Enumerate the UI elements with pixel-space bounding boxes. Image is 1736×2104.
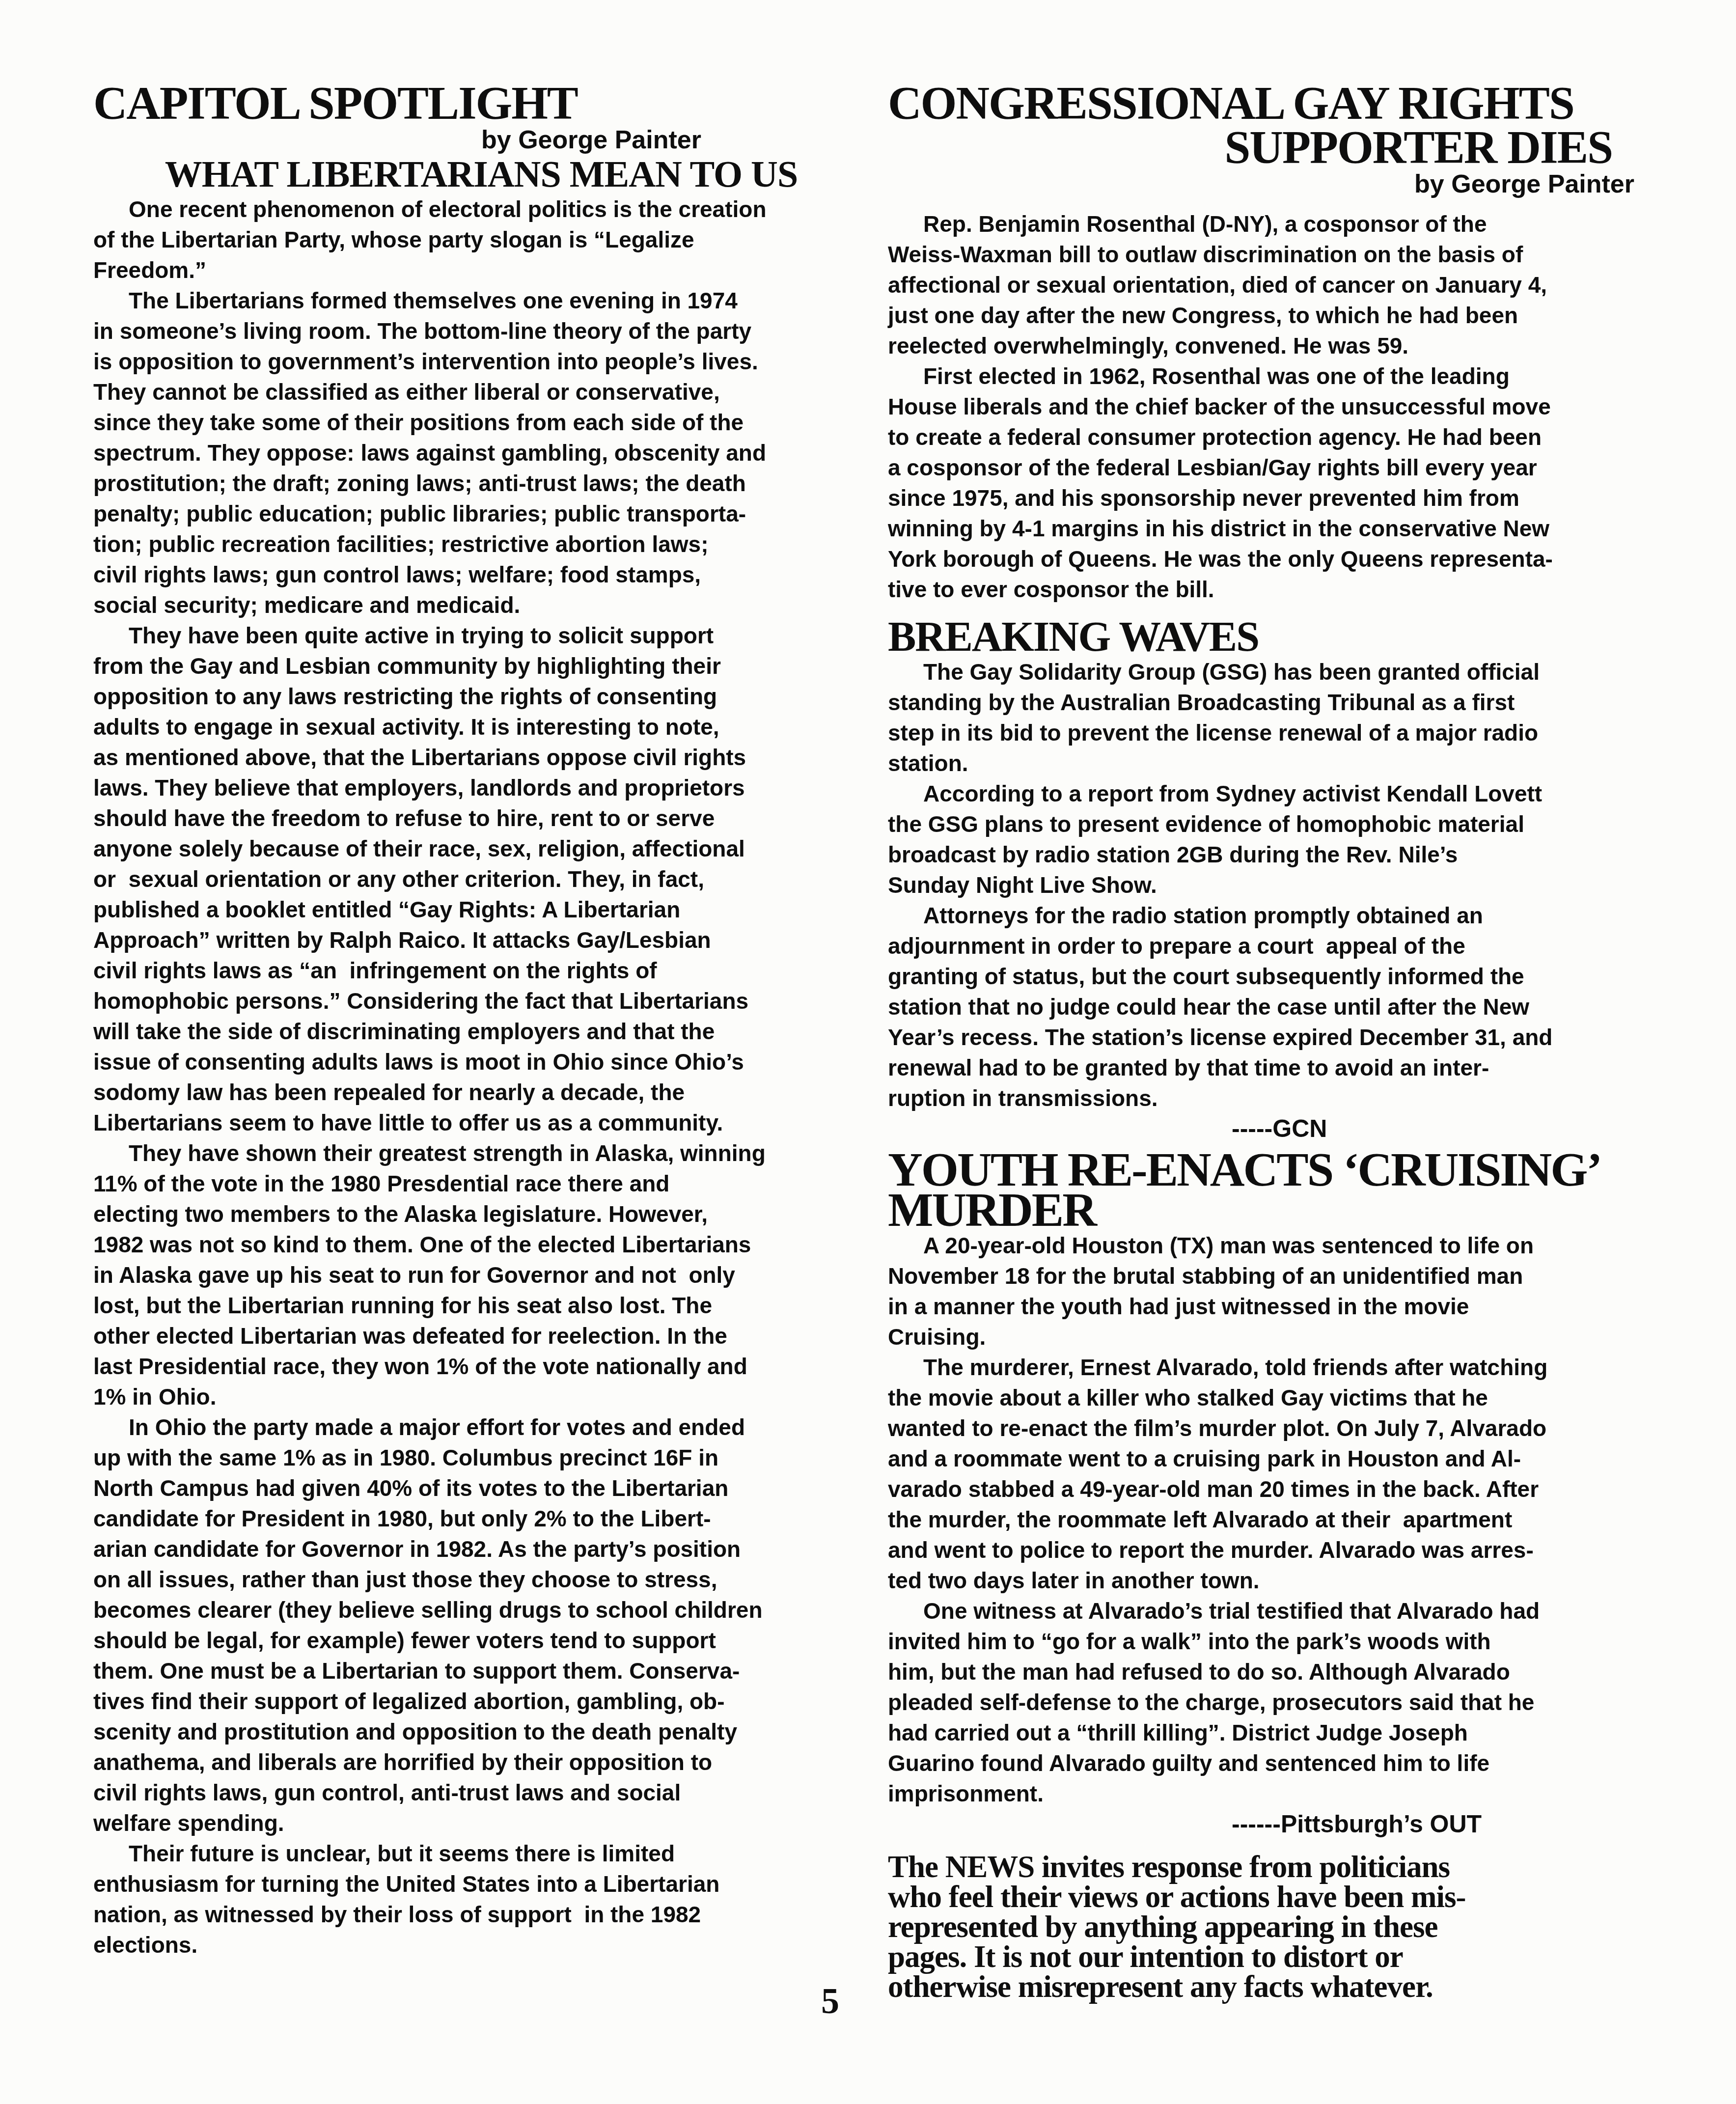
paragraph: One recent phenomenon of electoral polit…	[93, 194, 869, 285]
headline-line-2: SUPPORTER DIES	[888, 125, 1693, 169]
byline-right: by George Painter	[888, 169, 1693, 199]
right-column: CONGRESSIONAL GAY RIGHTS SUPPORTER DIES …	[888, 81, 1693, 2002]
paragraph: According to a report from Sydney activi…	[888, 778, 1693, 900]
left-column: CAPITOL SPOTLIGHT by George Painter WHAT…	[93, 81, 869, 1960]
page-number: 5	[821, 1983, 839, 2020]
attribution-gcn: -----GCN	[888, 1113, 1693, 1144]
byline-left: by George Painter	[93, 125, 869, 155]
paragraph: First elected in 1962, Rosenthal was one…	[888, 361, 1693, 605]
paragraph: Their future is unclear, but it seems th…	[93, 1838, 869, 1960]
headline-breaking-waves: BREAKING WAVES	[888, 616, 1693, 657]
paragraph: Attorneys for the radio station promptly…	[888, 900, 1693, 1113]
headline-youth-reenacts-cruising-murder: YOUTH RE-ENACTS ‘CRUISING’ MURDER	[888, 1150, 1693, 1230]
subhead-what-libertarians-mean: WHAT LIBERTARIANS MEAN TO US	[93, 155, 869, 194]
paragraph: They have shown their greatest strength …	[93, 1138, 869, 1412]
paragraph: In Ohio the party made a major effort fo…	[93, 1412, 869, 1838]
paragraph: The murderer, Ernest Alvarado, told frie…	[888, 1352, 1693, 1596]
paragraph: They have been quite active in trying to…	[93, 620, 869, 1138]
headline-line-1: CONGRESSIONAL GAY RIGHTS	[888, 81, 1693, 125]
paragraph: A 20-year-old Houston (TX) man was sente…	[888, 1230, 1693, 1352]
paragraph: The Gay Solidarity Group (GSG) has been …	[888, 657, 1693, 778]
paragraph: Rep. Benjamin Rosenthal (D-NY), a cospon…	[888, 209, 1693, 361]
paragraph: The Libertarians formed themselves one e…	[93, 285, 869, 620]
attribution-pittsburghs-out: ------Pittsburgh’s OUT	[888, 1809, 1693, 1839]
paragraph: One witness at Alvarado’s trial testifie…	[888, 1596, 1693, 1809]
newsletter-page: CAPITOL SPOTLIGHT by George Painter WHAT…	[0, 0, 1736, 2104]
headline-capitol-spotlight: CAPITOL SPOTLIGHT	[93, 81, 869, 125]
headline-congressional-gay-rights: CONGRESSIONAL GAY RIGHTS SUPPORTER DIES	[888, 81, 1693, 169]
editorial-notice: The NEWS invites response from politicia…	[888, 1852, 1693, 2002]
